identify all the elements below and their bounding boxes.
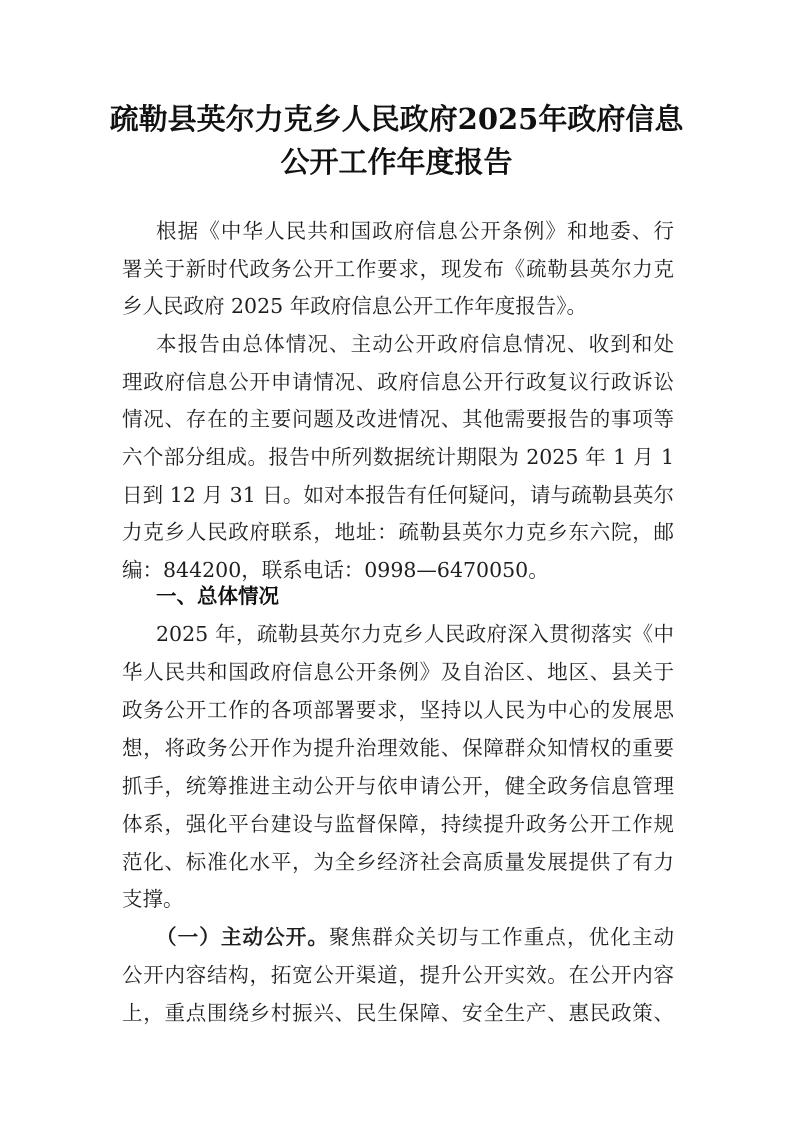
subsection-1-line-2: 公开内容结构，拓宽公开渠道，提升公开实效。在公开内容 xyxy=(122,961,674,989)
section-1-line-4: 想，将政务公开作为提升治理效能、保障群众知情权的重要 xyxy=(122,734,674,762)
section-1-line-5: 抓手，统筹推进主动公开与依申请公开，健全政务信息管理 xyxy=(122,772,674,800)
section-1-line-7: 范化、标准化水平，为全乡经济社会高质量发展提供了有力 xyxy=(122,848,674,876)
subsection-1-line-1: （一）主动公开。聚焦群众关切与工作重点，优化主动 xyxy=(156,923,674,951)
section-1-line-8: 支撑。 xyxy=(122,885,674,913)
intro-p2-line-1: 本报告由总体情况、主动公开政府信息情况、收到和处 xyxy=(156,330,674,358)
subsection-1-lead: （一）主动公开。 xyxy=(156,925,329,949)
section-heading-overview: 一、总体情况 xyxy=(156,582,279,610)
document-title-line-1: 疏勒县英尔力克乡人民政府2025年政府信息 xyxy=(100,97,693,138)
intro-p2-line-3: 情况、存在的主要问题及改进情况、其他需要报告的事项等 xyxy=(122,405,674,433)
intro-p2-line-4: 六个部分组成。报告中所列数据统计期限为 2025 年 1 月 1 xyxy=(122,443,674,471)
intro-p2-line-6: 力克乡人民政府联系，地址：疏勒县英尔力克乡东六院，邮 xyxy=(122,518,674,546)
document-page: 疏勒县英尔力克乡人民政府2025年政府信息 公开工作年度报告 根据《中华人民共和… xyxy=(0,0,793,1122)
intro-p1-line-2: 署关于新时代政务公开工作要求，现发布《疏勒县英尔力克 xyxy=(122,255,674,283)
section-1-line-1: 2025 年，疏勒县英尔力克乡人民政府深入贯彻落实《中 xyxy=(156,620,674,648)
intro-p2-line-2: 理政府信息公开申请情况、政府信息公开行政复议行政诉讼 xyxy=(122,368,674,396)
section-1-line-2: 华人民共和国政府信息公开条例》及自治区、地区、县关于 xyxy=(122,658,674,686)
intro-p1-line-3: 乡人民政府 2025 年政府信息公开工作年度报告》。 xyxy=(122,292,674,320)
intro-p2-line-7: 编：844200，联系电话：0998—6470050。 xyxy=(122,556,674,584)
intro-p1-line-1: 根据《中华人民共和国政府信息公开条例》和地委、行 xyxy=(156,217,674,245)
section-1-line-3: 政务公开工作的各项部署要求，坚持以人民为中心的发展思 xyxy=(122,696,674,724)
subsection-1-line-3: 上，重点围绕乡村振兴、民生保障、安全生产、惠民政策、 xyxy=(122,999,674,1027)
intro-p2-line-5: 日到 12 月 31 日。如对本报告有任何疑问，请与疏勒县英尔 xyxy=(122,481,674,509)
subsection-1-first-line-rest: 聚焦群众关切与工作重点，优化主动 xyxy=(329,925,674,949)
document-title-line-2: 公开工作年度报告 xyxy=(100,140,693,181)
section-1-line-6: 体系，强化平台建设与监督保障，持续提升政务公开工作规 xyxy=(122,810,674,838)
